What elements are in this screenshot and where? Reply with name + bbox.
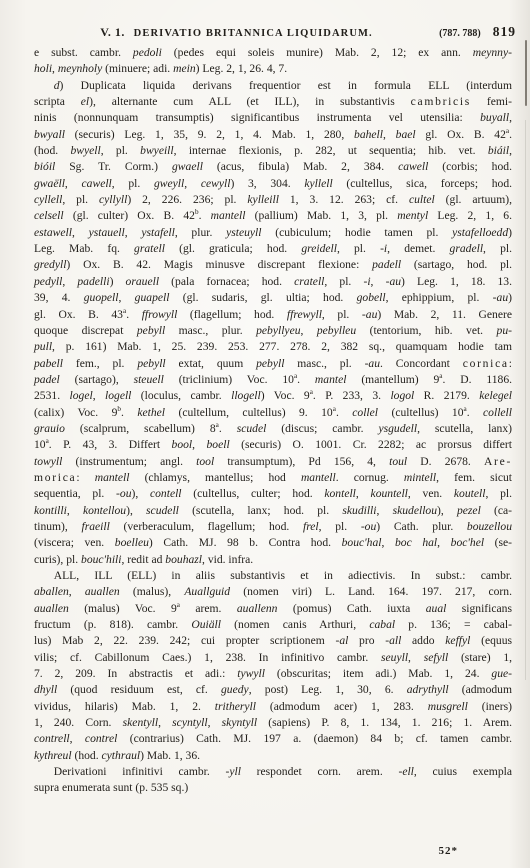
text-line: padel (sartago), steuell (triclinium) Vo… [34, 372, 512, 388]
text-line: bwyall (securis) Leg. 1, 35, 9. 2, 1, 4.… [34, 127, 512, 143]
text-line: pull, p. 161) Mab. 1, 25. 239. 253. 277.… [34, 339, 512, 355]
text-line: Derivationi infinitivi cambr. -yll respo… [34, 764, 512, 780]
text-line: kythreul (hod. cythraul) Mab. 1, 36. [34, 748, 512, 764]
text-line: pabell fem., pl. pebyll extat, quum peby… [34, 356, 512, 372]
text-line: vividus, hilaris) Mab. 1, 2. tritheryll … [34, 699, 512, 715]
text-line: kontilli, kontellou), scudell (scutella,… [34, 503, 512, 519]
text-line: gl. Ox. B. 43a. ffrowyll (flagellum; hod… [34, 307, 512, 323]
text-line: (calix) Voc. 9b. kethel (cultellum, cult… [34, 405, 512, 421]
text-line: auallen (malus) Voc. 9a arem. auallenn (… [34, 601, 512, 617]
paragraph: ALL, ILL (ELL) in aliis substantivis et … [34, 568, 512, 764]
text-line: e subst. cambr. pedoli (pedes equi solei… [34, 45, 512, 61]
text-line: 39, 4. guopell, guapell (gl. sudaris, gl… [34, 290, 512, 306]
text-line: 2531. logel, logell (loculus, cambr. llo… [34, 388, 512, 404]
text-line: d) Duplicata liquida derivans frequentio… [34, 78, 512, 94]
page-title: DERIVATIO BRITANNICA LIQUIDARUM. [134, 28, 373, 39]
text-line: estawell, ystauell, ystafell, plur. yste… [34, 225, 512, 241]
text-line: sequentia, pl. -ou), contell (cultellus,… [34, 486, 512, 502]
text-line: aballen, auallen (malus), Auallguid (nom… [34, 584, 512, 600]
text-line: towyll (instrumentum; angl. tool transum… [34, 454, 512, 470]
signature-mark: 52* [439, 845, 459, 857]
text-line: bióil Sg. Tr. Corm.) gwaell (acus, fibul… [34, 159, 512, 175]
page-number: 819 [493, 24, 516, 40]
text-line: (viscera; ven. boelleu) Cath. MJ. 98 b. … [34, 535, 512, 551]
page-footer: 52* [439, 845, 459, 857]
text-line: supra enumerata sunt (p. 535 sq.) [34, 780, 512, 796]
text-line: curis), pl. bouc'hili, redit ad bouhazl,… [34, 552, 512, 568]
text-line: gredyll) Ox. B. 42. Magis minusve discre… [34, 257, 512, 273]
text-line: gwaëll, cawell, pl. gweyll, cewyll) 3, 3… [34, 176, 512, 192]
text-line: pedyll, padelli) orauell (pala fornacea;… [34, 274, 512, 290]
text-line: quoque discrepat pebyll masc., plur. peb… [34, 323, 512, 339]
scan-edge-artifact [525, 120, 526, 680]
running-title: V. 1. DERIVATIO BRITANNICA LIQUIDARUM. [34, 25, 439, 40]
text-line: morica: mantell (chlamys, mantellus; hod… [34, 470, 512, 486]
paragraph: e subst. cambr. pedoli (pedes equi solei… [34, 45, 512, 78]
page-header: V. 1. DERIVATIO BRITANNICA LIQUIDARUM. (… [34, 24, 516, 40]
text-line: 7. 2, 209. In abstractis et adi.: tywyll… [34, 666, 512, 682]
paragraph: d) Duplicata liquida derivans frequentio… [34, 78, 512, 568]
text-line: 1, 240. Corn. skentyll, scyntyll, skynty… [34, 715, 512, 731]
text-line: scripta el), alternante cum ALL (et ILL)… [34, 94, 512, 110]
text-line: (hod. bwyell, pl. bwyeill, internae flex… [34, 143, 512, 159]
text-line: vilis; cf. Cabillonum Caes.) 1, 238. In … [34, 650, 512, 666]
text-line: fructum (p. 818). cambr. Ouiäll (nomen c… [34, 617, 512, 633]
section-number: V. 1. [100, 25, 125, 39]
text-line: tinum), fraeill (verberaculum, flagellum… [34, 519, 512, 535]
text-line: grauio (scalprum, scabellum) 8a. scudel … [34, 421, 512, 437]
paragraph: Derivationi infinitivi cambr. -yll respo… [34, 764, 512, 797]
text-body: e subst. cambr. pedoli (pedes equi solei… [34, 45, 512, 797]
text-line: cyllell, pl. cyllyll) 2, 226. 236; pl. k… [34, 192, 512, 208]
text-line: ninis (nonnunquam transumptis) significa… [34, 110, 512, 126]
text-line: 10a. P. 43, 3. Differt bool, boell (secu… [34, 437, 512, 453]
text-line: lus) Mab 2, 22. 239. 242; cui propter sc… [34, 633, 512, 649]
text-line: contrell, contrel (contrarius) Cath. MJ.… [34, 731, 512, 747]
text-line: celsell (gl. culter) Ox. B. 42b. mantell… [34, 208, 512, 224]
scan-edge-artifact [525, 40, 527, 106]
column-reference: (787. 788) [439, 28, 481, 39]
text-line: holi, meynholy (minuere; adi. mein) Leg.… [34, 61, 512, 77]
text-line: dhyll (quod residuum est, cf. guedy, pos… [34, 682, 512, 698]
text-line: ALL, ILL (ELL) in aliis substantivis et … [34, 568, 512, 584]
scanned-book-page: V. 1. DERIVATIO BRITANNICA LIQUIDARUM. (… [0, 0, 530, 868]
text-line: Leg. Mab. fq. gratell (gl. graticula; ho… [34, 241, 512, 257]
